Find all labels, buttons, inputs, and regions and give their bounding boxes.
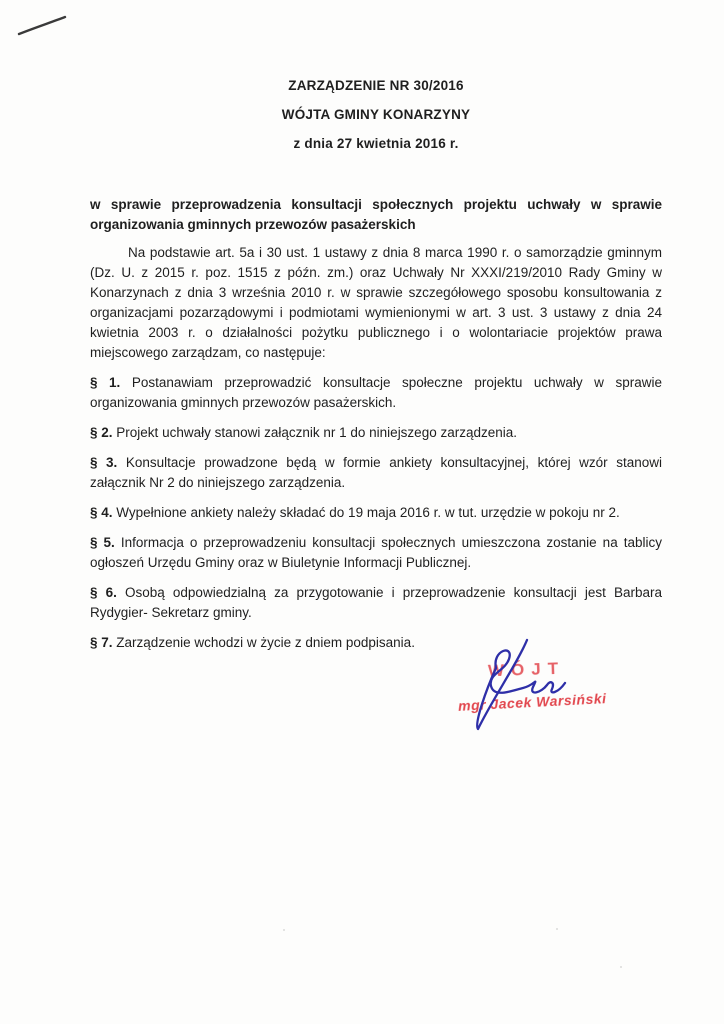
- pen-stroke-artifact: [16, 13, 68, 37]
- preamble-paragraph: Na podstawie art. 5a i 30 ust. 1 ustawy …: [90, 243, 662, 363]
- section-number: § 3.: [90, 455, 117, 470]
- section-text: Zarządzenie wchodzi w życie z dniem podp…: [116, 635, 415, 650]
- section-number: § 2.: [90, 425, 113, 440]
- scan-speck: [620, 966, 622, 968]
- scan-speck: [556, 928, 558, 930]
- section-paragraph-3: § 3. Konsultacje prowadzone będą w formi…: [90, 453, 662, 493]
- order-number-heading: ZARZĄDZENIE NR 30/2016: [90, 78, 662, 94]
- section-number: § 1.: [90, 375, 120, 390]
- section-number: § 7.: [90, 635, 113, 650]
- section-text: Wypełnione ankiety należy składać do 19 …: [116, 505, 619, 520]
- section-text: Postanawiam przeprowadzić konsultacje sp…: [90, 375, 662, 410]
- section-paragraph-5: § 5. Informacja o przeprowadzeniu konsul…: [90, 533, 662, 573]
- section-text: Konsultacje prowadzone będą w formie ank…: [90, 455, 662, 490]
- section-paragraph-4: § 4. Wypełnione ankiety należy składać d…: [90, 503, 662, 523]
- authority-heading: WÓJTA GMINY KONARZYNY: [90, 107, 662, 123]
- section-number: § 6.: [90, 585, 117, 600]
- section-text: Informacja o przeprowadzeniu konsultacji…: [90, 535, 662, 570]
- subject-paragraph: w sprawie przeprowadzenia konsultacji sp…: [90, 195, 662, 235]
- section-text: Projekt uchwały stanowi załącznik nr 1 d…: [116, 425, 517, 440]
- scan-speck: [283, 929, 285, 931]
- section-paragraph-1: § 1. Postanawiam przeprowadzić konsultac…: [90, 373, 662, 413]
- section-paragraph-2: § 2. Projekt uchwały stanowi załącznik n…: [90, 423, 662, 443]
- date-heading: z dnia 27 kwietnia 2016 r.: [90, 136, 662, 152]
- signature-block: WÓJT mgr Jacek Warsiński: [448, 632, 648, 742]
- section-number: § 5.: [90, 535, 115, 550]
- section-number: § 4.: [90, 505, 113, 520]
- section-text: Osobą odpowiedzialną za przygotowanie i …: [90, 585, 662, 620]
- scanned-document-page: ZARZĄDZENIE NR 30/2016 WÓJTA GMINY KONAR…: [0, 0, 724, 1024]
- section-paragraph-6: § 6. Osobą odpowiedzialną za przygotowan…: [90, 583, 662, 623]
- handwritten-signature-ink: [448, 632, 648, 742]
